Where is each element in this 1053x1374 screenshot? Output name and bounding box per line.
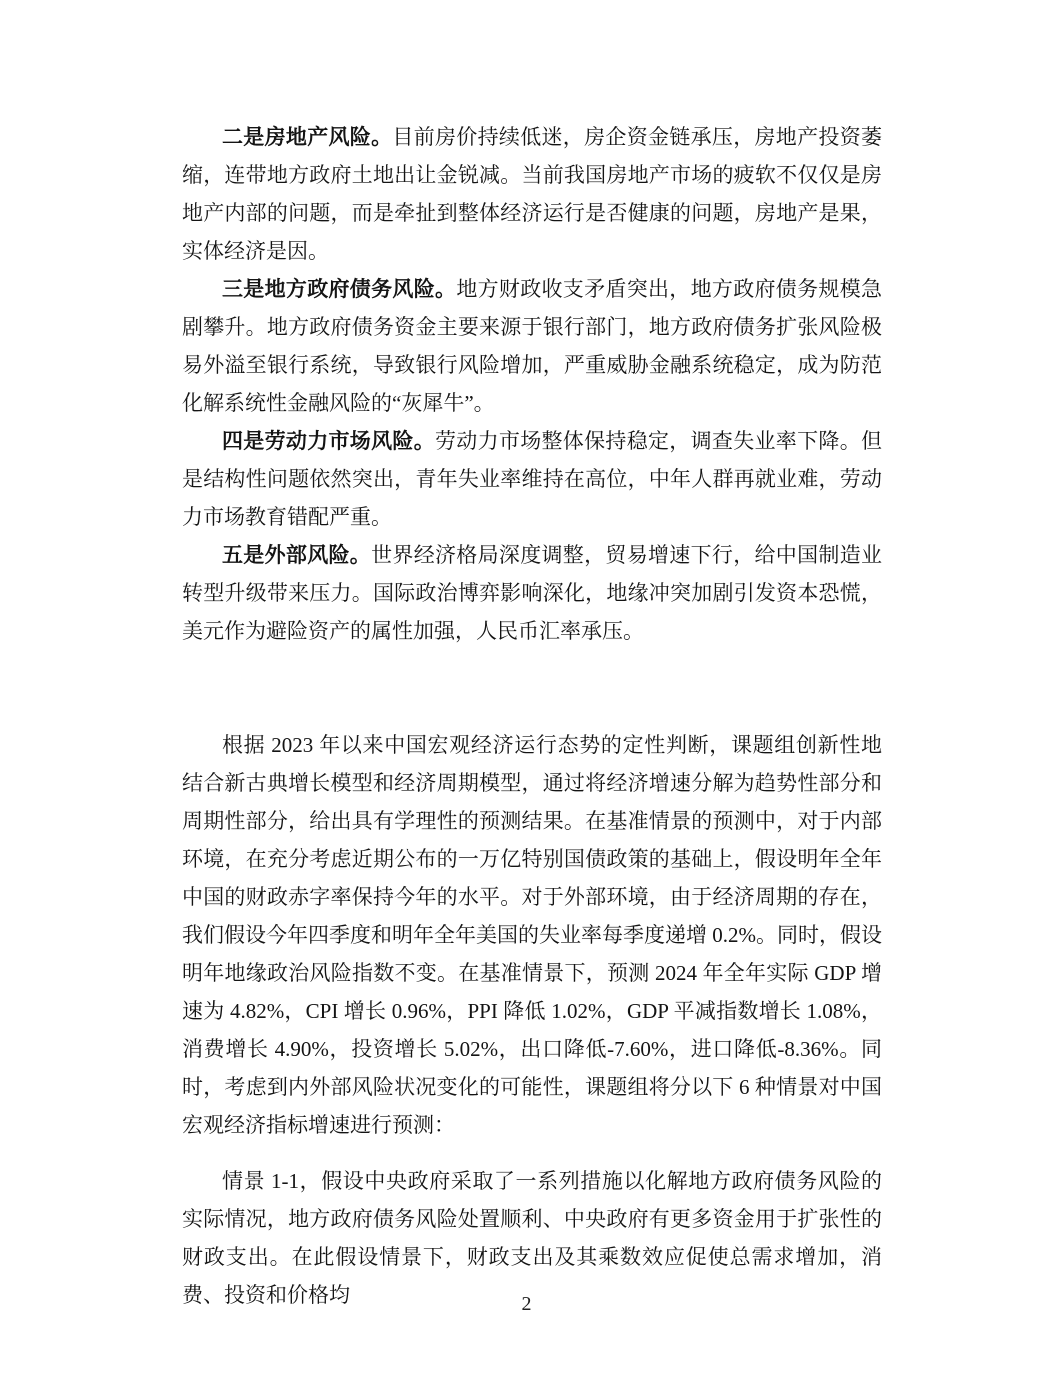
page-number: 2 [0, 1292, 1053, 1316]
document-content: 二是房地产风险。目前房价持续低迷，房企资金链承压，房地产投资萎缩，连带地方政府土… [182, 118, 882, 1314]
paragraph-property-risk: 二是房地产风险。目前房价持续低迷，房企资金链承压，房地产投资萎缩，连带地方政府土… [182, 118, 882, 270]
paragraph-external-risk: 五是外部风险。世界经济格局深度调整，贸易增速下行，给中国制造业转型升级带来压力。… [182, 536, 882, 650]
paragraph-forecast-baseline-text: 根据 2023 年以来中国宏观经济运行态势的定性判断，课题组创新性地结合新古典增… [182, 733, 882, 1137]
paragraph-scenario-1-1-text: 情景 1-1，假设中央政府采取了一系列措施以化解地方政府债务风险的实际情况，地方… [182, 1169, 882, 1307]
paragraph-external-risk-lead: 五是外部风险。 [222, 543, 371, 567]
paragraph-labor-market-risk: 四是劳动力市场风险。劳动力市场整体保持稳定，调查失业率下降。但是结构性问题依然突… [182, 422, 882, 536]
paragraph-forecast-baseline: 根据 2023 年以来中国宏观经济运行态势的定性判断，课题组创新性地结合新古典增… [182, 726, 882, 1144]
document-page: 二是房地产风险。目前房价持续低迷，房企资金链承压，房地产投资萎缩，连带地方政府土… [0, 0, 1053, 1374]
paragraph-labor-market-risk-lead: 四是劳动力市场风险。 [222, 429, 435, 453]
paragraph-property-risk-lead: 二是房地产风险。 [222, 125, 392, 149]
paragraph-government-debt-risk-lead: 三是地方政府债务风险。 [222, 277, 456, 301]
paragraph-government-debt-risk: 三是地方政府债务风险。地方财政收支矛盾突出，地方政府债务规模急剧攀升。地方政府债… [182, 270, 882, 422]
